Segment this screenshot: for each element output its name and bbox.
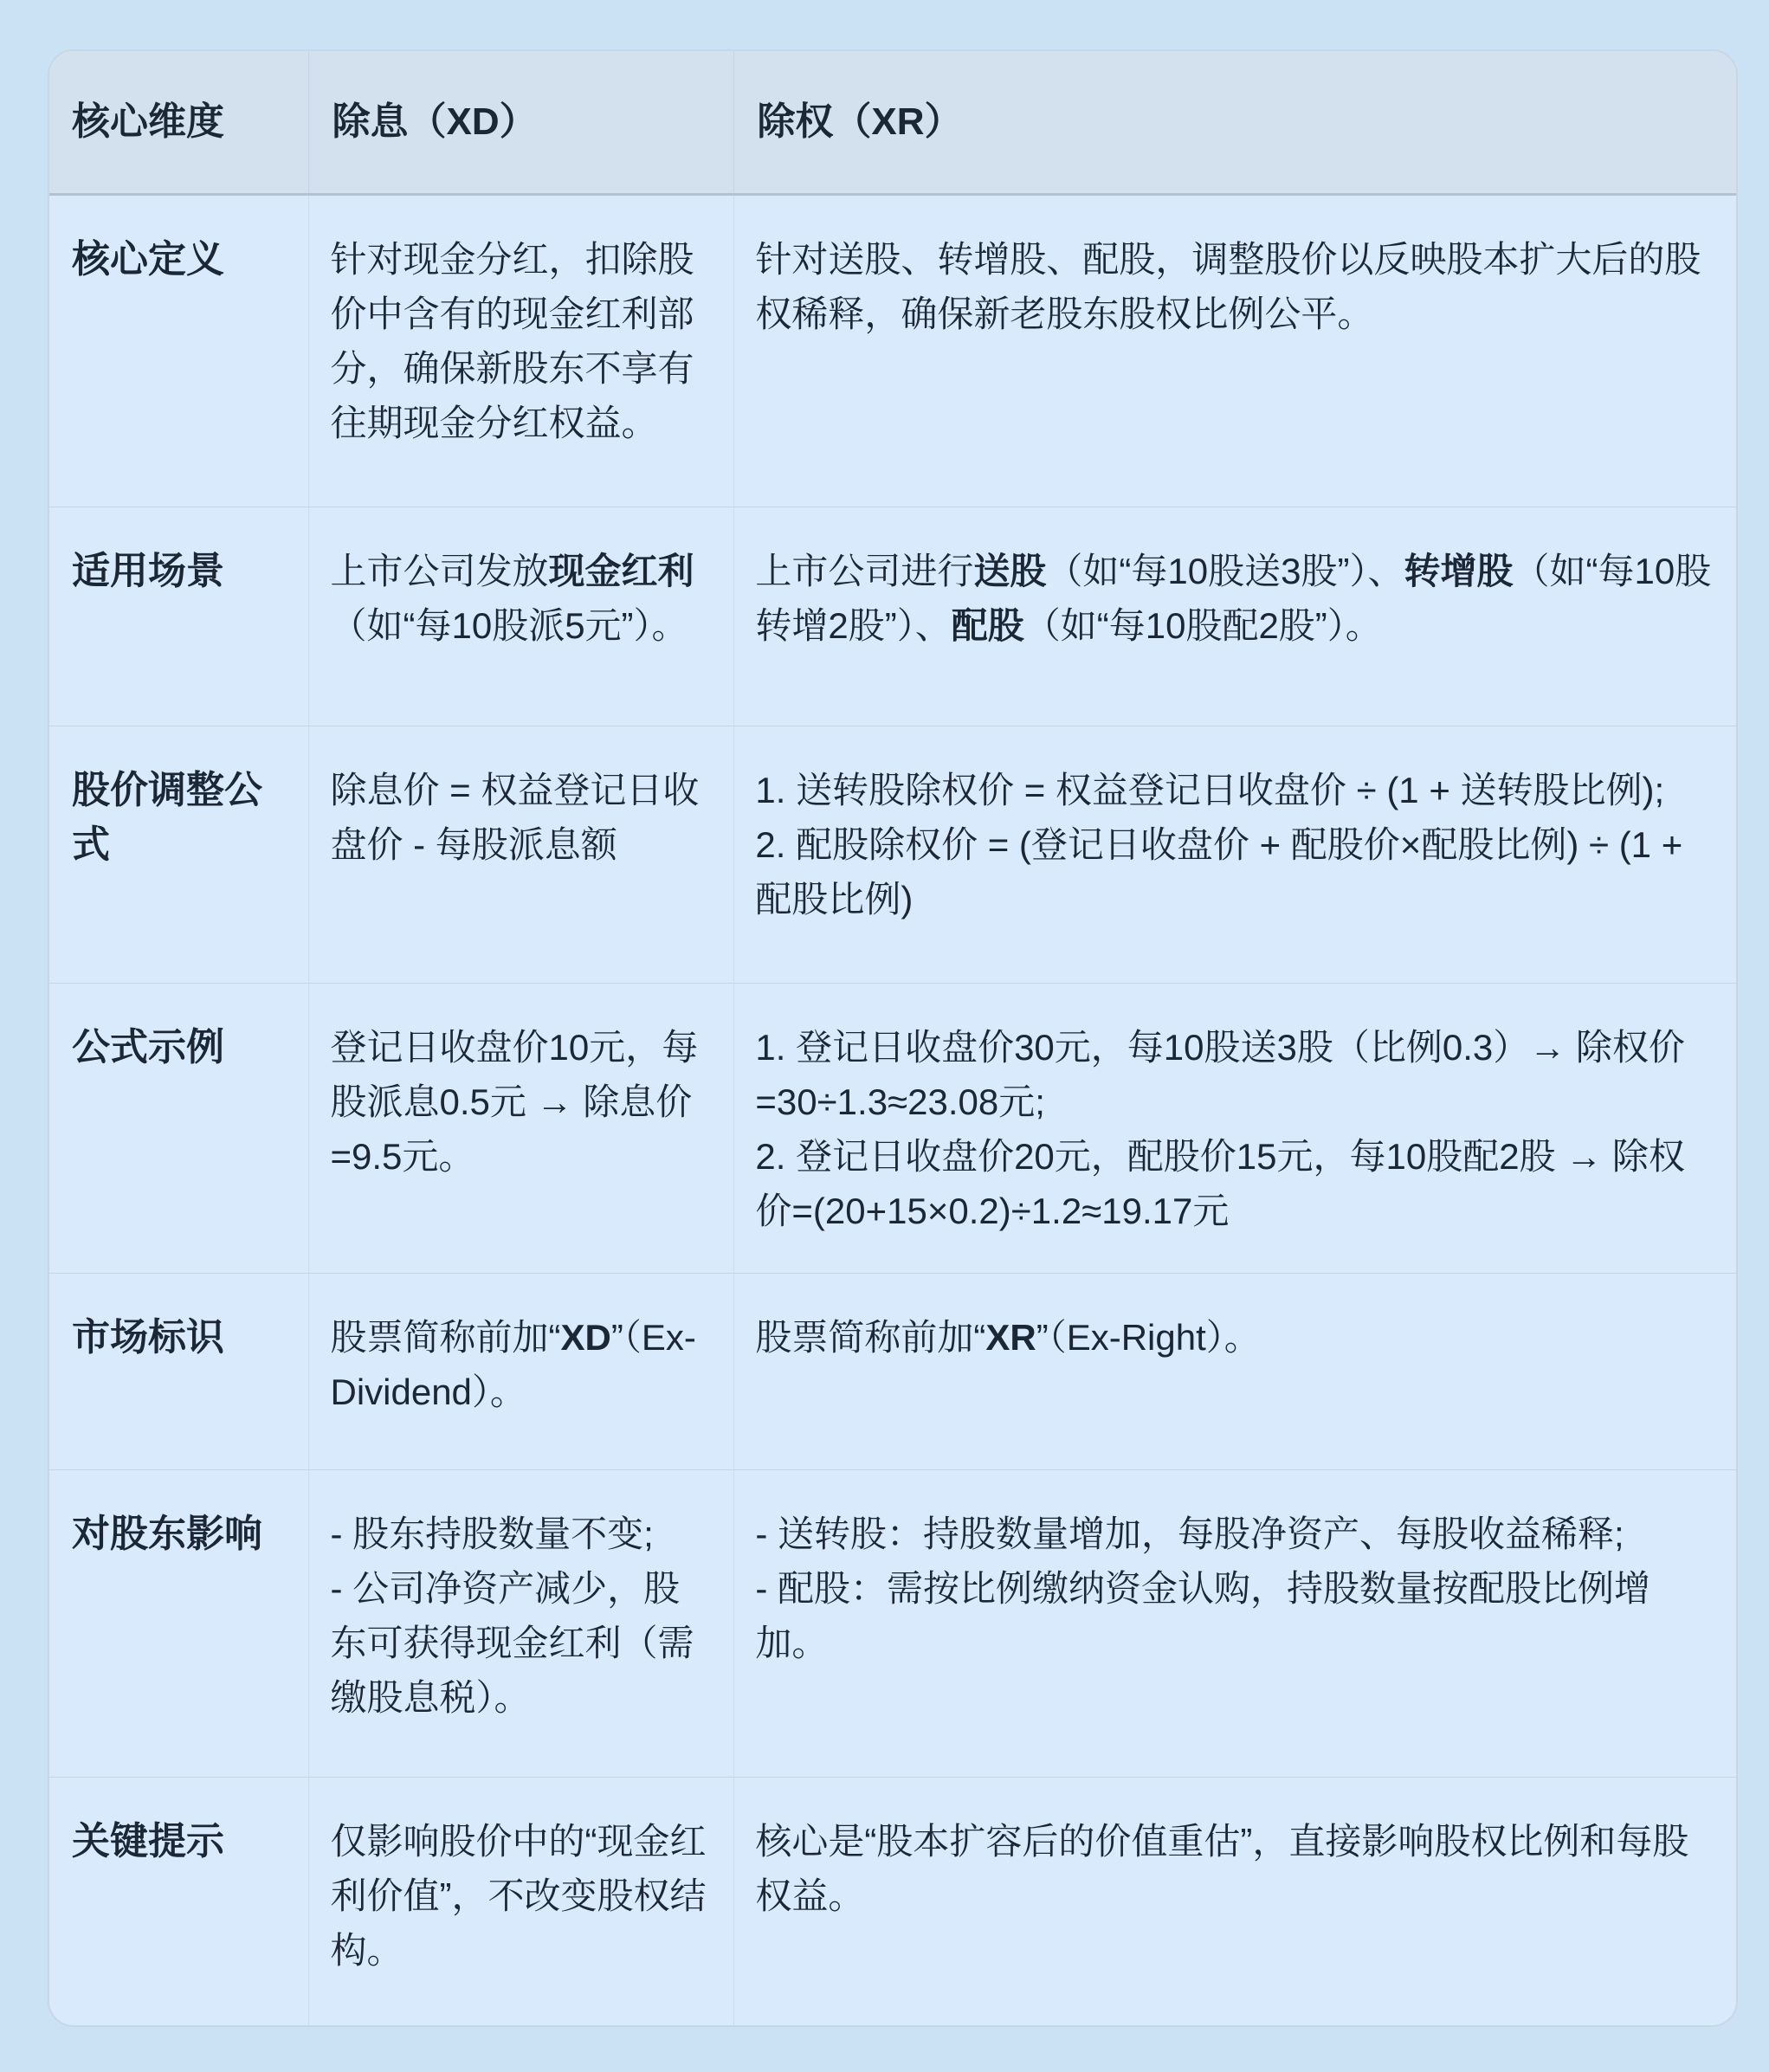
xd-cell: 股票简称前加“XD”（Ex-Dividend）。 bbox=[309, 1273, 734, 1469]
xr-cell: - 送转股：持股数量增加，每股净资产、每股收益稀释;- 配股：需按比例缴纳资金认… bbox=[734, 1469, 1736, 1777]
xr-cell: 核心是“股本扩容后的价值重估”，直接影响股权比例和每股权益。 bbox=[734, 1777, 1736, 2027]
row-label: 公式示例 bbox=[49, 983, 309, 1273]
table-row: 公式示例 登记日收盘价10元，每股派息0.5元 → 除息价=9.5元。 1. 登… bbox=[49, 983, 1736, 1273]
header-row: 核心维度 除息（XD） 除权（XR） bbox=[49, 51, 1736, 194]
table-row: 市场标识 股票简称前加“XD”（Ex-Dividend）。 股票简称前加“XR”… bbox=[49, 1273, 1736, 1469]
table-row: 关键提示 仅影响股价中的“现金红利价值”，不改变股权结构。 核心是“股本扩容后的… bbox=[49, 1777, 1736, 2027]
row-label: 市场标识 bbox=[49, 1273, 309, 1469]
comparison-table-card: 核心维度 除息（XD） 除权（XR） 核心定义 针对现金分红，扣除股价中含有的现… bbox=[48, 49, 1738, 2027]
xd-cell: - 股东持股数量不变;- 公司净资产减少，股东可获得现金红利（需缴股息税）。 bbox=[309, 1469, 734, 1777]
xr-cell: 1. 登记日收盘价30元，每10股送3股（比例0.3）→ 除权价=30÷1.3≈… bbox=[734, 983, 1736, 1273]
table-body: 核心定义 针对现金分红，扣除股价中含有的现金红利部分，确保新股东不享有往期现金分… bbox=[49, 194, 1736, 2027]
xd-cell: 针对现金分红，扣除股价中含有的现金红利部分，确保新股东不享有往期现金分红权益。 bbox=[309, 194, 734, 507]
xr-cell: 1. 送转股除权价 = 权益登记日收盘价 ÷ (1 + 送转股比例);2. 配股… bbox=[734, 726, 1736, 983]
row-label: 对股东影响 bbox=[49, 1469, 309, 1777]
xd-cell: 仅影响股价中的“现金红利价值”，不改变股权结构。 bbox=[309, 1777, 734, 2027]
xr-cell: 股票简称前加“XR”（Ex-Right）。 bbox=[734, 1273, 1736, 1469]
header-cell-xd: 除息（XD） bbox=[309, 51, 734, 194]
row-label: 关键提示 bbox=[49, 1777, 309, 2027]
xd-cell: 上市公司发放现金红利（如“每10股派5元”）。 bbox=[309, 507, 734, 726]
table-row: 股价调整公式 除息价 = 权益登记日收盘价 - 每股派息额 1. 送转股除权价 … bbox=[49, 726, 1736, 983]
table-row: 核心定义 针对现金分红，扣除股价中含有的现金红利部分，确保新股东不享有往期现金分… bbox=[49, 194, 1736, 507]
xr-cell: 上市公司进行送股（如“每10股送3股”）、转增股（如“每10股转增2股”）、配股… bbox=[734, 507, 1736, 726]
row-label: 股价调整公式 bbox=[49, 726, 309, 983]
page-background: { "colors": { "page_background": "#cbe2f… bbox=[0, 0, 1769, 2072]
xd-cell: 登记日收盘价10元，每股派息0.5元 → 除息价=9.5元。 bbox=[309, 983, 734, 1273]
header-cell-xr: 除权（XR） bbox=[734, 51, 1736, 194]
xr-cell: 针对送股、转增股、配股，调整股价以反映股本扩大后的股权稀释，确保新老股东股权比例… bbox=[734, 194, 1736, 507]
row-label: 适用场景 bbox=[49, 507, 309, 726]
xd-cell: 除息价 = 权益登记日收盘价 - 每股派息额 bbox=[309, 726, 734, 983]
table-row: 对股东影响 - 股东持股数量不变;- 公司净资产减少，股东可获得现金红利（需缴股… bbox=[49, 1469, 1736, 1777]
table-row: 适用场景 上市公司发放现金红利（如“每10股派5元”）。 上市公司进行送股（如“… bbox=[49, 507, 1736, 726]
row-label: 核心定义 bbox=[49, 194, 309, 507]
comparison-table: 核心维度 除息（XD） 除权（XR） 核心定义 针对现金分红，扣除股价中含有的现… bbox=[49, 51, 1736, 2027]
header-cell-dimension: 核心维度 bbox=[49, 51, 309, 194]
